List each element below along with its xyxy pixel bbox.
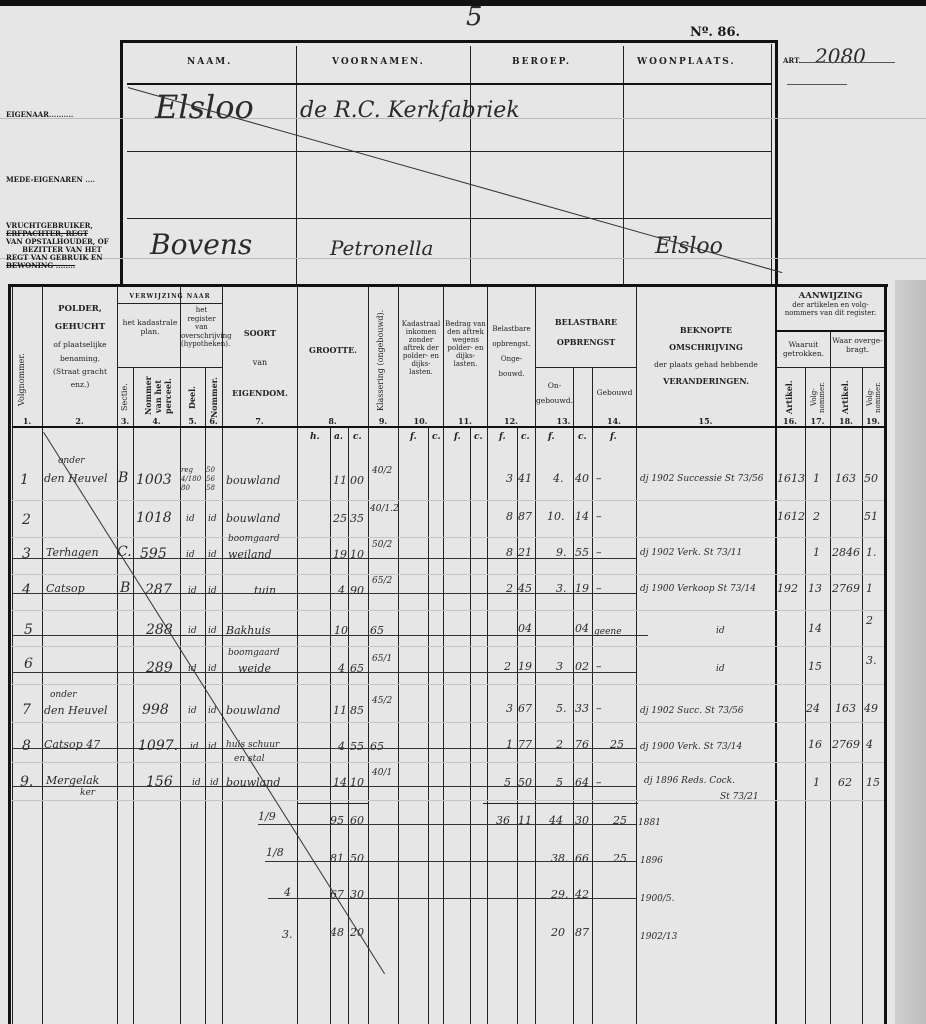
hdr-bedrag-aftrek: Bedrag van den aftrek wegens polder- en …: [444, 320, 487, 368]
eigenaar-voornamen: de R.C. Kerkfabriek: [300, 98, 520, 123]
row-nr: 8: [22, 738, 31, 754]
row-soort: bouwland: [226, 704, 280, 717]
row-nommer: 50 56 58: [206, 466, 222, 493]
colnum-3: 3.: [117, 416, 133, 426]
col-voornamen: VOORNAMEN.: [332, 57, 425, 67]
total-c13f: 44: [549, 814, 563, 827]
hdr-nommer-perceel: Nommer van het perceel.: [143, 372, 171, 420]
colnum-16: 16.: [775, 416, 805, 426]
vruchtgebruiker-naam: Bovens: [150, 228, 252, 261]
row-perceel: 595: [140, 546, 167, 562]
row-nr: 5: [24, 622, 33, 638]
row-deel: id: [192, 778, 201, 788]
unit-c-10: c.: [432, 432, 441, 442]
row-volg19: 3.: [866, 654, 877, 667]
row-perceel: 998: [142, 702, 169, 718]
colnum-6: 6.: [205, 416, 222, 426]
hdr-kadastraal-inkomen: Kadastraal inkomen zonder aftrek der pol…: [399, 320, 443, 376]
colnum-9: 9.: [368, 416, 398, 426]
label-mede-eigenaren: MEDE-EIGENAREN ....: [6, 175, 95, 184]
total-c: 30: [350, 888, 364, 901]
row-nommer: id: [208, 626, 217, 636]
total-c13f: 38.: [551, 852, 569, 865]
row-klassering: 65/1: [372, 654, 392, 664]
row-art18: 62: [838, 776, 852, 789]
unit-f-11: f.: [454, 432, 461, 442]
row-polder: Terhagen: [46, 546, 99, 559]
pencil-mark: 5: [466, 2, 483, 32]
row-omschrijving: dj 1902 Verk. St 73/11: [640, 548, 742, 558]
row-perceel: 1018: [136, 510, 172, 526]
row-omschrijving: id: [716, 626, 725, 636]
row-c12f: 2: [504, 660, 511, 673]
row-klassering: 40/1.2: [370, 504, 399, 514]
row-c13c: 40: [575, 472, 589, 485]
row-perceel: 1003: [136, 472, 172, 488]
hdr-kadastrale-plan: het kadastrale plan.: [122, 318, 178, 336]
row-nommer: id: [208, 586, 217, 596]
hdr-volgnommer-17: Volg- nommer.: [810, 375, 826, 420]
row-c13f: 4.: [553, 472, 564, 485]
row-nr: 6: [24, 656, 33, 672]
row-perceel: 156: [146, 774, 173, 790]
row-volg17: 14: [808, 622, 822, 635]
eigenaar-naam: Elsloo: [155, 88, 254, 126]
label-vruchtgebruiker: VRUCHTGEBRUIKER, ERFPACHTER, REGT VAN OP…: [6, 222, 118, 270]
row-c13c: 33: [575, 702, 589, 715]
hdr-klassering: Klassering (ongebouwd).: [376, 300, 385, 420]
row-c13f: 9.: [556, 546, 567, 559]
row-c12c: 19: [518, 660, 532, 673]
colnum-12: 12.: [487, 416, 535, 426]
colnum-18: 18.: [830, 416, 862, 426]
hdr-nommer: Nommer.: [209, 375, 219, 420]
row-c: 85: [350, 704, 364, 717]
row-c12c: 77: [518, 738, 532, 751]
hdr-waar: Waar overge- bragt.: [831, 336, 884, 354]
total-c: 60: [350, 814, 364, 827]
row-nommer: id: [208, 742, 217, 752]
unit-c-13: c.: [578, 432, 587, 442]
colnum-10: 10.: [398, 416, 443, 426]
col-beroep: BEROEP.: [512, 57, 571, 67]
row-polder-bottom: ker: [80, 788, 95, 798]
unit-f-12: f.: [499, 432, 506, 442]
row-deel: id: [186, 514, 195, 524]
row-sectie: B: [120, 580, 130, 596]
total-c: 50: [350, 852, 364, 865]
hdr-register: het register van overschrijving (hypothe…: [181, 306, 222, 349]
total-a: 48: [330, 926, 344, 939]
unit-h: h.: [310, 432, 320, 442]
total-c13f: 29.: [551, 888, 569, 901]
total-label: 3.: [282, 928, 293, 941]
row-soort: weiland: [228, 548, 272, 561]
row-c13c: 55: [575, 546, 589, 559]
row-volg19: 1.: [866, 546, 877, 559]
total-c13c: 87: [575, 926, 589, 939]
row-c12f: 3: [506, 472, 513, 485]
row-a: 11: [333, 474, 347, 487]
row-c12f: 2: [506, 582, 513, 595]
total-c13c: 66: [575, 852, 589, 865]
row-deel: reg 4/180 80: [181, 466, 205, 493]
unit-f-10: f.: [410, 432, 417, 442]
unit-f-14: f.: [610, 432, 617, 442]
row-art18: 163: [835, 702, 856, 715]
row-klassering: 45/2: [372, 696, 392, 706]
colnum-19: 19.: [862, 416, 884, 426]
row-nommer: id: [210, 778, 219, 788]
row-deel: id: [188, 626, 197, 636]
row-c14: –: [596, 702, 602, 715]
hdr-sectie: Sectie.: [120, 375, 129, 420]
colnum-1: 1.: [12, 416, 42, 426]
row-c12f: 8: [506, 546, 513, 559]
row-c13c: 76: [575, 738, 589, 751]
row-a: 10: [334, 624, 348, 637]
colnum-7: 7.: [222, 416, 297, 426]
row-c12c: 45: [518, 582, 532, 595]
colnum-11: 11.: [443, 416, 487, 426]
row-a: 4: [338, 740, 345, 753]
row-deel: id: [188, 706, 197, 716]
art-number: 2080: [815, 44, 866, 68]
row-c14: –: [596, 582, 602, 595]
row-omschrijving: id: [716, 664, 725, 674]
row-nr: 3: [22, 546, 31, 562]
row-c13f: 5.: [556, 702, 567, 715]
row-soort-top: boomgaard: [228, 534, 280, 544]
scan-right-edge: [895, 280, 926, 1024]
row-c13c: 19: [575, 582, 589, 595]
row-c13f: 2: [556, 738, 563, 751]
hdr-omschrijving: BEKNOPTE OMSCHRIJVING der plaats gehad h…: [637, 322, 775, 390]
hdr-verwijzing: VERWIJZING NAAR: [118, 292, 222, 301]
row-volg19: 49: [864, 702, 878, 715]
total-label: 1/9: [258, 810, 276, 823]
colnum-17: 17.: [805, 416, 830, 426]
row-omschrijving: dj 1900 Verkoop St 73/14: [640, 584, 756, 594]
row-klassering: 65: [370, 624, 384, 637]
row-soort: bouwland: [226, 512, 280, 525]
row-klassering: 40/1: [372, 768, 392, 778]
total-year: 1881: [638, 818, 661, 828]
colnum-4: 4.: [133, 416, 180, 426]
row-deel: id: [190, 742, 199, 752]
row-nr: 4: [22, 582, 31, 598]
hdr-soort: SOORT van EIGENDOM.: [223, 318, 297, 408]
row-c: 55: [350, 740, 364, 753]
row-perceel: 287: [145, 582, 172, 598]
row-c13c: 14: [575, 510, 589, 523]
row-c14: –: [596, 546, 602, 559]
hdr-grootte: GROOTTE.: [298, 346, 368, 355]
row-deel: id: [186, 550, 195, 560]
row-omschrijving: dj 1902 Succ. St 73/56: [640, 706, 744, 716]
row-soort: Bakhuis: [226, 624, 271, 637]
row-c12f: 8: [506, 510, 513, 523]
row-volg17: 1: [813, 546, 820, 559]
row-volg17: 15: [808, 660, 822, 673]
row-nr: 2: [22, 512, 31, 528]
row-volg19: 51: [864, 510, 878, 523]
row-polder: Catsop 47: [44, 738, 100, 751]
hdr-gebouwd: Gebouwd: [593, 388, 636, 397]
row-volg17: 13: [808, 582, 822, 595]
row-omschrijving: dj 1896 Reds. Cock.: [644, 776, 735, 786]
row-omschrijving-ref: St 73/21: [720, 792, 759, 802]
hdr-deel: Deel.: [187, 375, 197, 420]
unit-c: c.: [353, 432, 362, 442]
row-perceel: 289: [146, 660, 173, 676]
colnum-13: 13.: [535, 416, 592, 426]
label-eigenaar: EIGENAAR..........: [6, 110, 73, 119]
hdr-volgnommer: Volgnommer.: [17, 340, 26, 420]
hdr-volgnommer-19: Volg- nommer.: [866, 375, 882, 420]
hdr-artikel-18: Artikel.: [840, 375, 850, 420]
page-number: Nº. 86.: [690, 25, 740, 40]
row-c12f: 3: [506, 702, 513, 715]
row-soort: tuin: [254, 584, 276, 597]
row-nr: 9.: [20, 774, 33, 790]
row-klassering: 40/2: [372, 466, 392, 476]
row-art18: 163: [835, 472, 856, 485]
vruchtgebruiker-voornamen: Petronella: [330, 236, 433, 260]
hdr-belastbare-opbrengst: BELASTBARE OPBRENGST: [536, 312, 636, 352]
row-c13f: 3: [556, 660, 563, 673]
row-c: 90: [350, 584, 364, 597]
row-volg17: 16: [808, 738, 822, 751]
register-page: 5 Nº. 86. ART. 2080 NAAM. VOORNAMEN. BER…: [0, 0, 926, 1024]
row-c14: –: [596, 660, 602, 673]
hdr-ongebouwd: On- gebouwd.: [536, 378, 573, 408]
hdr-artikel-16: Artikel.: [784, 375, 794, 420]
row-a: 14: [333, 776, 347, 789]
row-volg17: 1: [813, 472, 820, 485]
hdr-aanwijzing: AANWIJZING der artikelen en volg- nommer…: [777, 291, 884, 317]
row-c13f: 5: [556, 776, 563, 789]
row-c14: –: [596, 776, 602, 789]
row-art18: 2769: [832, 738, 860, 751]
row-c12f: 5: [504, 776, 511, 789]
total-label: 4: [284, 886, 291, 899]
row-art16: 192: [777, 582, 798, 595]
total-c13c: 30: [575, 814, 589, 827]
row-c14: –: [596, 472, 602, 485]
row-c13c: 64: [575, 776, 589, 789]
scan-top-edge: [0, 0, 926, 6]
row-c12c: 04: [518, 622, 532, 635]
row-c: 00: [350, 474, 364, 487]
hdr-waaruit: Waaruit getrokken.: [777, 340, 830, 358]
row-c12c: 67: [518, 702, 532, 715]
unit-c-12: c.: [521, 432, 530, 442]
row-nr: 1: [20, 472, 29, 488]
total-year: 1900/5.: [640, 894, 675, 904]
total-label: 1/8: [266, 846, 284, 859]
row-art18: 2846: [832, 546, 860, 559]
row-polder: den Heuvel: [44, 704, 108, 717]
row-polder: Mergelak: [46, 774, 99, 787]
row-volg17: 1: [813, 776, 820, 789]
row-klassering: 50/2: [372, 540, 392, 550]
row-soort: bouwland: [226, 776, 280, 789]
row-volg19: 4: [866, 738, 873, 751]
row-volg17: 24: [806, 702, 820, 715]
row-perceel: 1097.: [138, 738, 178, 754]
row-volg19: 2: [866, 614, 873, 627]
row-deel: id: [188, 586, 197, 596]
row-soort: bouwland: [226, 474, 280, 487]
colnum-2: 2.: [42, 416, 117, 426]
row-a: 19: [333, 548, 347, 561]
row-c: 35: [350, 512, 364, 525]
row-c: 10: [350, 776, 364, 789]
row-a: 11: [333, 704, 347, 717]
colnum-5: 5.: [180, 416, 205, 426]
row-c13c: 04: [575, 622, 589, 635]
row-c14: geene: [594, 627, 622, 637]
row-a: 4: [338, 662, 345, 675]
colnum-15: 15.: [636, 416, 775, 426]
row-volg19: 1: [866, 582, 873, 595]
row-c13c: 02: [575, 660, 589, 673]
row-c: 65: [350, 662, 364, 675]
row-soort: weide: [238, 662, 271, 675]
total-c14: 25: [613, 852, 627, 865]
row-omschrijving: dj 1900 Verk. St 73/14: [640, 742, 742, 752]
total-year: 1896: [640, 856, 663, 866]
row-klassering: 65: [370, 740, 384, 753]
row-volg19: 50: [864, 472, 878, 485]
unit-a: a.: [334, 432, 343, 442]
row-nommer: id: [208, 550, 217, 560]
colnum-14: 14.: [592, 416, 636, 426]
unit-f-13: f.: [548, 432, 555, 442]
col-woonplaats: WOONPLAATS.: [637, 57, 736, 67]
row-soort-top: boomgaard: [228, 648, 280, 658]
row-nommer: id: [208, 514, 217, 524]
row-polder: Catsop: [46, 582, 85, 595]
row-c12c: 50: [518, 776, 532, 789]
row-a: 4: [338, 584, 345, 597]
hdr-belastbare-opbrengst-ongebouwd: Belastbare opbrengst. Onge- bouwd.: [488, 322, 535, 382]
row-art16: 1613: [777, 472, 805, 485]
total-c12c: 11: [518, 814, 532, 827]
total-c14: 25: [613, 814, 627, 827]
total-c13f: 20: [551, 926, 565, 939]
row-c12c: 21: [518, 546, 532, 559]
total-year: 1902/13: [640, 932, 677, 942]
row-c12c: 41: [518, 472, 532, 485]
row-c14: 25: [610, 738, 624, 751]
row-art18: 2769: [832, 582, 860, 595]
row-klassering: 65/2: [372, 576, 392, 586]
row-c12f: 1: [506, 738, 513, 751]
hdr-polder: POLDER, GEHUCHT of plaatselijke benaming…: [43, 300, 117, 390]
col-naam: NAAM.: [187, 57, 232, 67]
total-c13c: 42: [575, 888, 589, 901]
unit-c-11: c.: [474, 432, 483, 442]
row-volg19: 15: [866, 776, 880, 789]
row-art16: 1612: [777, 510, 805, 523]
total-a: 81: [330, 852, 344, 865]
row-c13f: 10.: [547, 510, 565, 523]
art-label: ART.: [783, 56, 801, 65]
colnum-8: 8.: [297, 416, 368, 426]
row-c: 10: [350, 548, 364, 561]
total-a: 95: [330, 814, 344, 827]
row-soort: huis schuur: [226, 740, 279, 750]
total-c12f: 36: [496, 814, 510, 827]
row-a: 25: [333, 512, 347, 525]
row-sectie: B: [118, 470, 128, 486]
row-volg17: 2: [813, 510, 820, 523]
row-omschrijving: dj 1902 Successie St 73/56: [640, 474, 763, 484]
row-nr: 7: [22, 702, 31, 718]
row-c12c: 87: [518, 510, 532, 523]
row-c13f: 3.: [556, 582, 567, 595]
row-nommer: id: [208, 664, 217, 674]
row-polder-top: onder: [50, 690, 77, 700]
row-c14: –: [596, 510, 602, 523]
